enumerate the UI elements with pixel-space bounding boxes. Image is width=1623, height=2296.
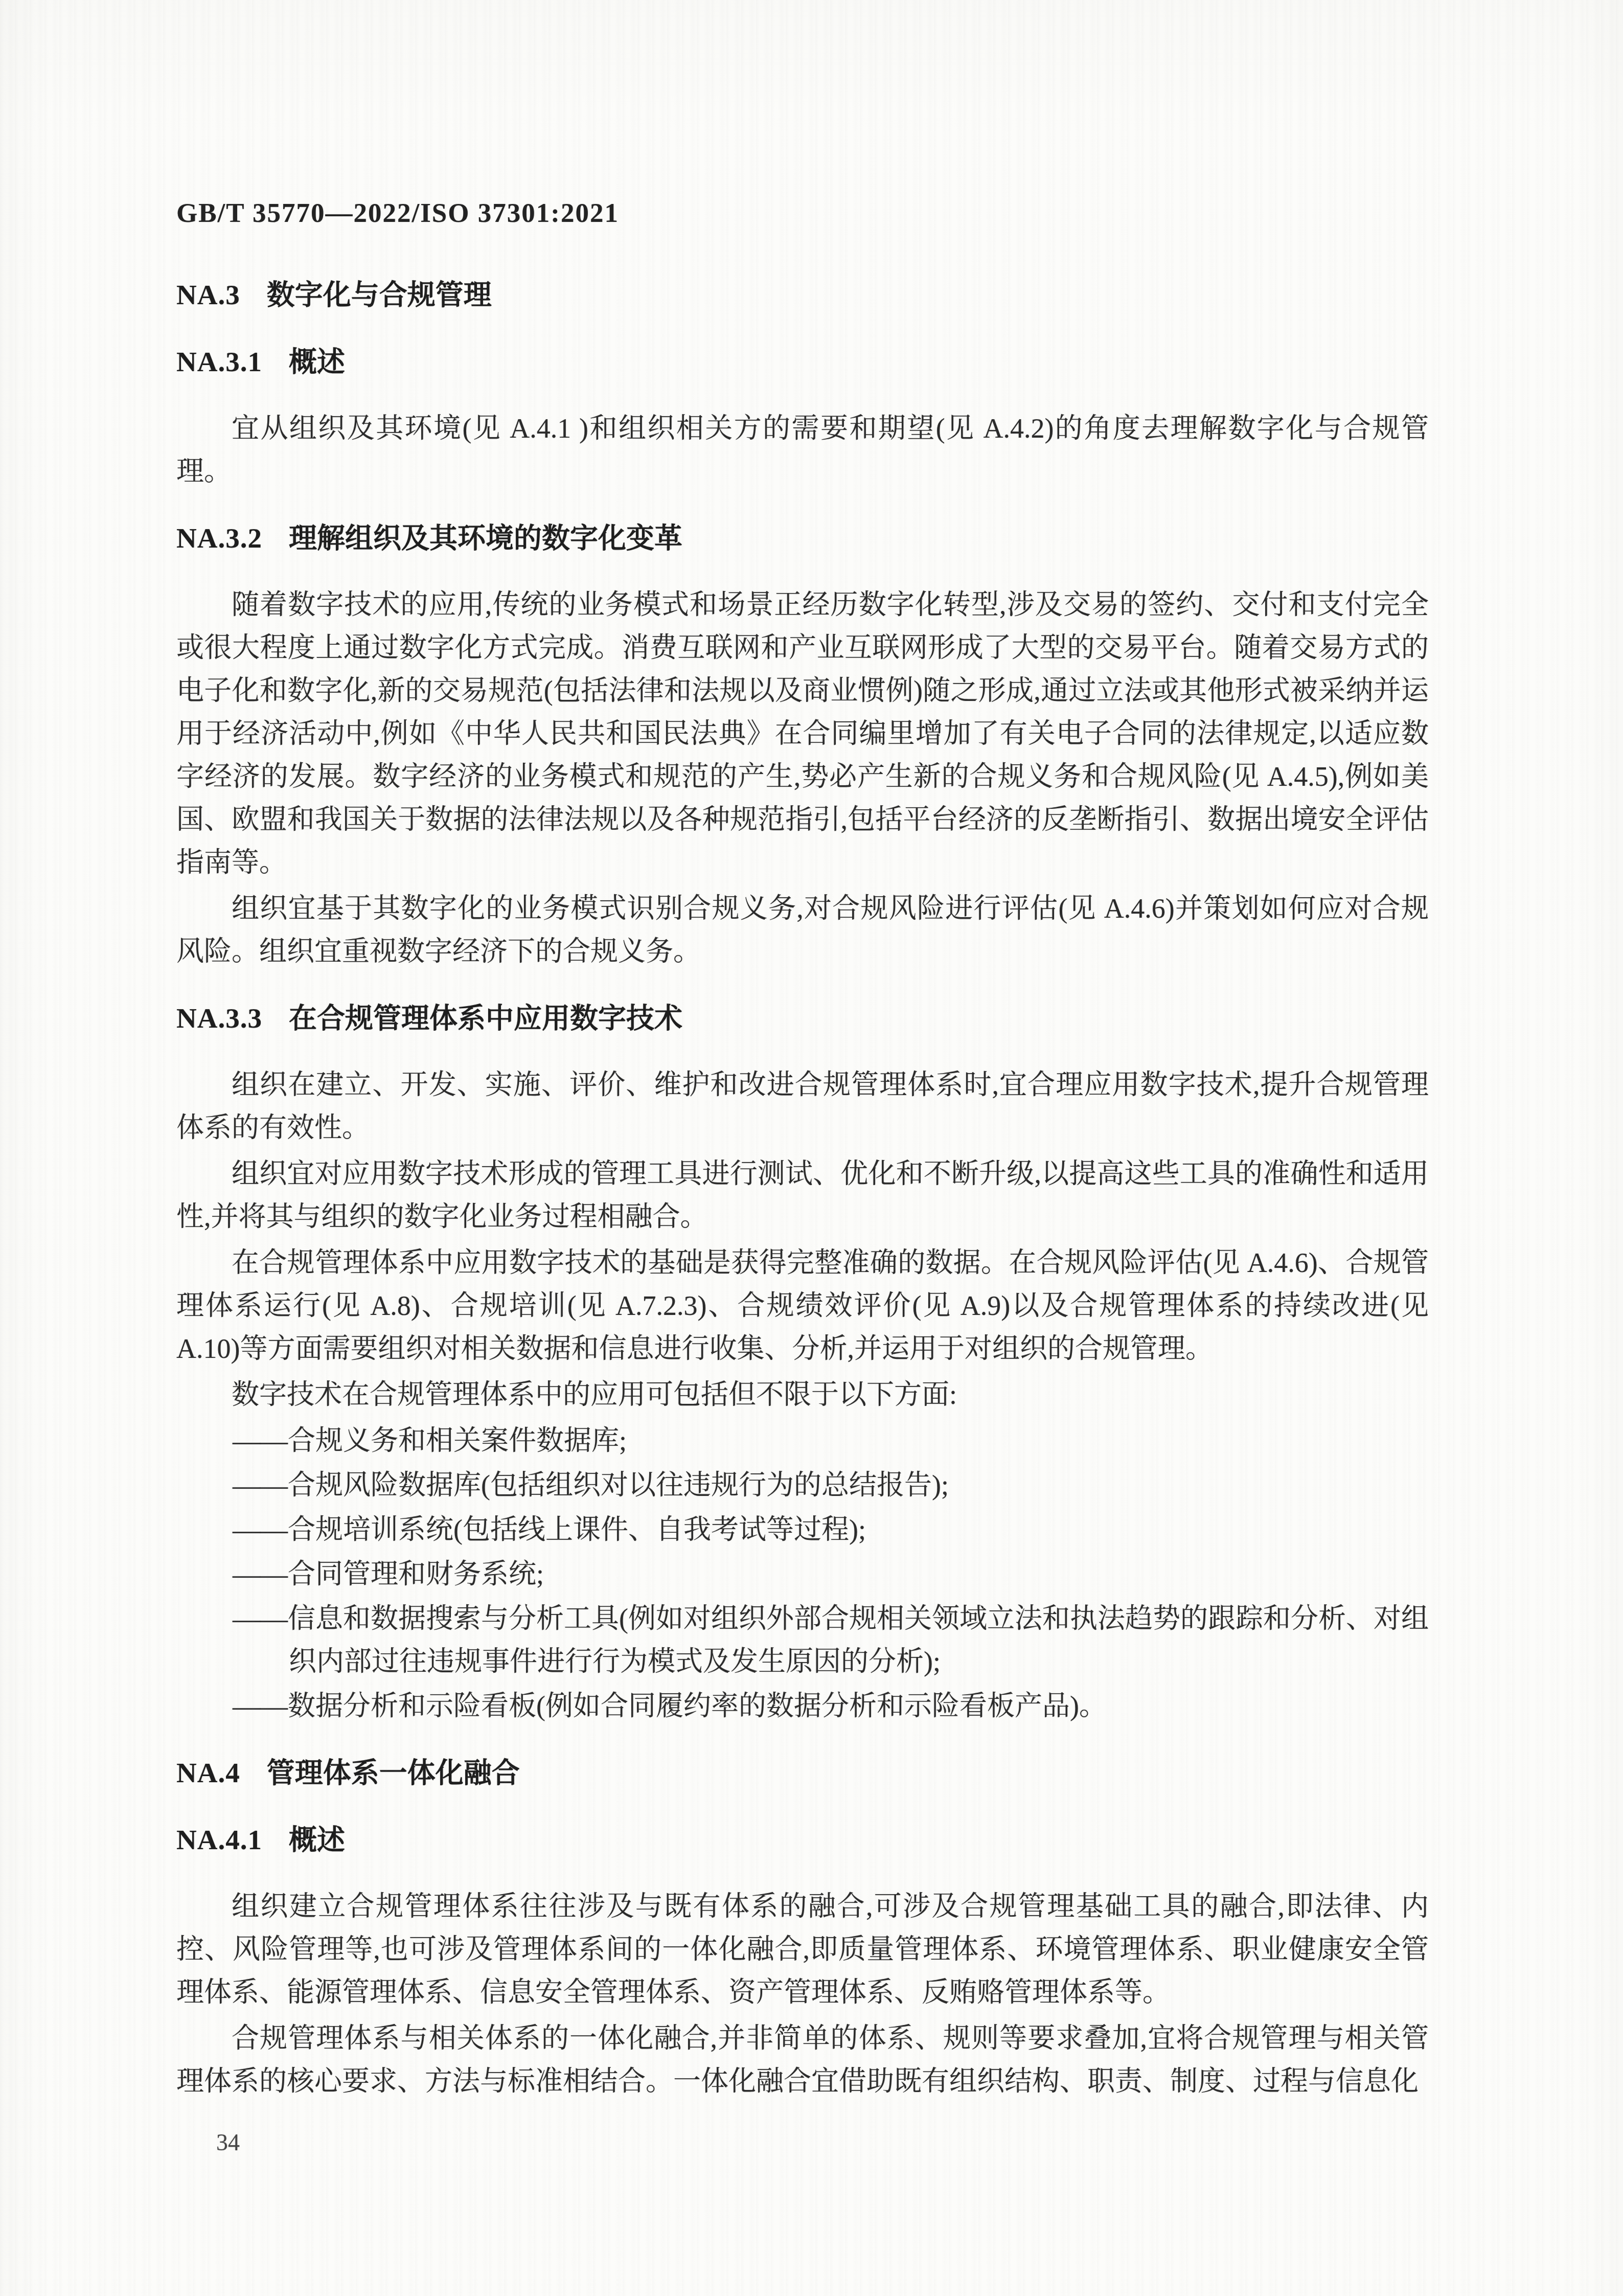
list-item: ——合规风险数据库(包括组织对以往违规行为的总结报告); [289, 1464, 1429, 1507]
list-item: ——信息和数据搜索与分析工具(例如对组织外部合规相关领域立法和执法趋势的跟踪和分… [289, 1597, 1429, 1683]
section-number: NA.4.1 [176, 1824, 262, 1855]
section-title: 理解组织及其环境的数字化变革 [289, 522, 682, 554]
standard-number: GB/T 35770—2022/ISO 37301:2021 [176, 196, 1429, 230]
section-heading-na4-1: NA.4.1概述 [176, 1818, 1429, 1861]
section-title: 概述 [289, 346, 345, 377]
section-title: 在合规管理体系中应用数字技术 [289, 1002, 682, 1034]
section-heading-na4: NA.4管理体系一体化融合 [176, 1751, 1429, 1794]
section-title: 数字化与合规管理 [267, 279, 492, 310]
section-heading-na3-3: NA.3.3在合规管理体系中应用数字技术 [176, 996, 1429, 1040]
paragraph: 随着数字技术的应用,传统的业务模式和场景正经历数字化转型,涉及交易的签约、交付和… [176, 583, 1429, 884]
list-item: ——合规义务和相关案件数据库; [289, 1419, 1429, 1462]
page-number: 34 [216, 2127, 240, 2158]
paragraph: 组织建立合规管理体系往往涉及与既有体系的融合,可涉及合规管理基础工具的融合,即法… [176, 1885, 1429, 2014]
bullet-list: ——合规义务和相关案件数据库; ——合规风险数据库(包括组织对以往违规行为的总结… [176, 1419, 1429, 1727]
section-heading-na3-1: NA.3.1概述 [176, 340, 1429, 383]
section-number: NA.3.2 [176, 522, 262, 554]
page-body: NA.3数字化与合规管理 NA.3.1概述 宜从组织及其环境(见 A.4.1 )… [0, 273, 1623, 2103]
section-number: NA.4 [176, 1757, 240, 1788]
list-item: ——合同管理和财务系统; [289, 1553, 1429, 1596]
section-title: 管理体系一体化融合 [267, 1757, 520, 1788]
paragraph: 在合规管理体系中应用数字技术的基础是获得完整准确的数据。在合规风险评估(见 A.… [176, 1241, 1429, 1370]
paragraph: 合规管理体系与相关体系的一体化融合,并非简单的体系、规则等要求叠加,宜将合规管理… [176, 2017, 1429, 2103]
list-item: ——合规培训系统(包括线上课件、自我考试等过程); [289, 1508, 1429, 1551]
paragraph: 组织宜基于其数字化的业务模式识别合规义务,对合规风险进行评估(见 A.4.6)并… [176, 887, 1429, 973]
section-title: 概述 [289, 1824, 345, 1855]
page-header: GB/T 35770—2022/ISO 37301:2021 [0, 0, 1623, 230]
paragraph: 数字技术在合规管理体系中的应用可包括但不限于以下方面: [176, 1373, 1429, 1416]
paragraph: 宜从组织及其环境(见 A.4.1 )和组织相关方的需要和期望(见 A.4.2)的… [176, 407, 1429, 493]
document-page: GB/T 35770—2022/ISO 37301:2021 NA.3数字化与合… [0, 0, 1623, 2296]
section-number: NA.3.3 [176, 1003, 262, 1034]
paragraph: 组织宜对应用数字技术形成的管理工具进行测试、优化和不断升级,以提高这些工具的准确… [176, 1152, 1429, 1238]
section-heading-na3: NA.3数字化与合规管理 [176, 273, 1429, 316]
paragraph: 组织在建立、开发、实施、评价、维护和改进合规管理体系时,宜合理应用数字技术,提升… [176, 1063, 1429, 1149]
page-footer: 34 [0, 2106, 1623, 2158]
section-number: NA.3 [176, 279, 240, 310]
section-number: NA.3.1 [176, 346, 262, 377]
section-heading-na3-2: NA.3.2理解组织及其环境的数字化变革 [176, 516, 1429, 560]
list-item: ——数据分析和示险看板(例如合同履约率的数据分析和示险看板产品)。 [289, 1685, 1429, 1727]
